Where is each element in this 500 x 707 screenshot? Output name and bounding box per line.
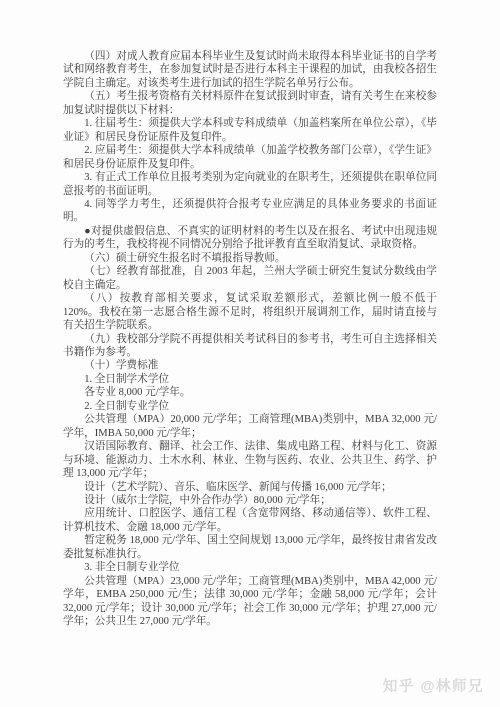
para-section-8-ratio-120: （八）按教育部相关要求，复试采取差额形式，差额比例一般不低于 120%。我校在第… [63, 292, 437, 332]
para-fulltime-academic-heading: 1. 全日制学术学位 [63, 373, 437, 386]
para-fee-18000-majors: 应用统计、口腔医学、通信工程（含宽带网络、移动通信等）、软件工程、计算机技术、金… [63, 507, 437, 534]
para-fee-13000-majors: 汉语国际教育、翻译、社会工作、法律、集成电路工程、材料与化工、资源与环境、能源动… [63, 440, 437, 480]
para-item-1-former-candidates: 1. 往届考生：须提供大学本科或专科成绩单（加盖档案所在单位公章），《毕业证》和… [63, 117, 437, 144]
para-item-4-equivalent-candidates: 4. 同等学力考生，还须提供符合报考专业应满足的具体业务要求的书面证明。 [63, 198, 437, 225]
para-fee-80000-design: 设计（威尔士学院，中外合作办学）80,000 元/学年； [63, 494, 437, 507]
para-section-4-adult-education: （四）对成人教育应届本科毕业生及复试时尚未取得本科毕业证书的自学考试和网络教育考… [63, 50, 437, 90]
para-section-6-no-supervisor: （六）硕士研究生报名时不填报指导教师。 [63, 252, 437, 265]
para-bullet-false-info-warning: ●对提供虚假信息、不真实的证明材料的考生以及在报名、考试中出现违规行为的考生，我… [63, 225, 437, 252]
para-section-9-reference-books: （九）我校部分学院不再提供相关考试科目的参考书，考生可自主选择相关书籍作为参考。 [63, 333, 437, 360]
para-section-7-score-line: （七）经教育部批准，自 2003 年起，兰州大学硕士研究生复试分数线由学校自主确… [63, 265, 437, 292]
para-fulltime-professional-heading: 2. 全日制专业学位 [63, 400, 437, 413]
para-fee-mpa-mba-fulltime: 公共管理（MPA）20,000 元/学年；工商管理(MBA)类别中，MBA 32… [63, 413, 437, 440]
para-fulltime-academic-fee: 各专业 8,000 元/学年。 [63, 386, 437, 399]
para-item-3-employed-candidates: 3. 有正式工作单位且报考类别为定向就业的在职考生，还须提供在职单位同意报考的书… [63, 171, 437, 198]
para-section-10-tuition-heading: （十）学费标准 [63, 359, 437, 372]
para-provisional-fees: 暂定税务 18,000 元/学年、国土空间规划 13,000 元/学年，最终按甘… [63, 534, 437, 561]
zhihu-watermark: 知乎 @林师兄 [383, 675, 484, 696]
para-fee-16000-majors: 设计（艺术学院）、音乐、临床医学、新闻与传播 16,000 元/学年； [63, 481, 437, 494]
para-parttime-professional-heading: 3. 非全日制专业学位 [63, 561, 437, 574]
para-parttime-professional-fees: 公共管理（MPA）23,000 元/学年；工商管理(MBA)类别中，MBA 42… [63, 575, 437, 629]
document-text-block: （四）对成人教育应届本科毕业生及复试时尚未取得本科毕业证书的自学考试和网络教育考… [63, 50, 437, 628]
para-section-5-materials-check: （五）考生报考资格有关材料原件在复试报到时审查，请有关考生在来校参加复试时提供以… [63, 90, 437, 117]
para-item-2-current-candidates: 2. 应届考生：须提供大学本科成绩单（加盖学校教务部门公章），《学生证》和居民身… [63, 144, 437, 171]
